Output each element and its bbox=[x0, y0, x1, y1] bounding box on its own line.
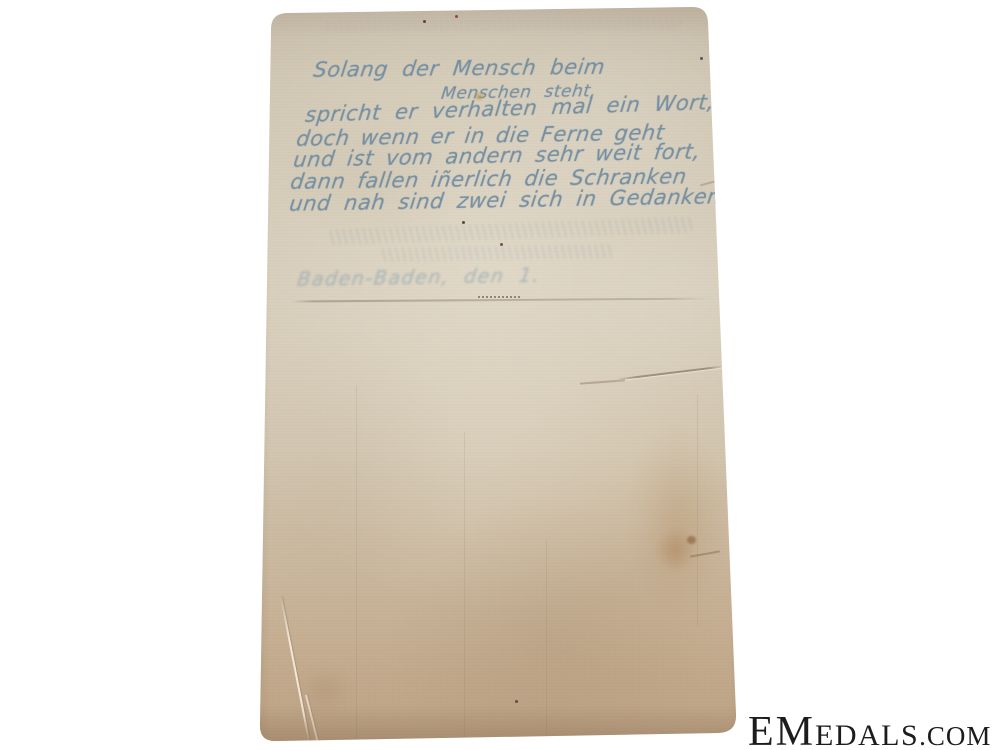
crease-line bbox=[616, 365, 723, 380]
crease-line bbox=[690, 550, 720, 557]
emedals-watermark: EMEDALS.COM bbox=[748, 708, 991, 750]
faint-column-line bbox=[697, 395, 698, 627]
stain bbox=[630, 425, 725, 615]
watermark-text-large: EM bbox=[748, 709, 815, 750]
speck bbox=[515, 700, 518, 703]
stain bbox=[290, 660, 360, 720]
postcard-back: Solang der Mensch beim Menschen steht, s… bbox=[250, 0, 750, 750]
faint-column-line bbox=[464, 432, 465, 744]
crease-line bbox=[305, 695, 320, 749]
faded-handwriting-line bbox=[326, 217, 694, 246]
handwritten-dateline: Baden-Baden, den 1. 45 bbox=[296, 261, 758, 291]
faint-column-line bbox=[546, 540, 547, 746]
watermark-text-small: .COM bbox=[919, 721, 991, 750]
speck bbox=[500, 243, 503, 246]
ruled-line bbox=[292, 298, 710, 302]
faint-column-line bbox=[356, 385, 357, 743]
faded-handwriting-line bbox=[378, 244, 616, 262]
crease-line bbox=[280, 597, 311, 745]
faded-handwriting-line bbox=[322, 18, 682, 31]
speck bbox=[423, 20, 426, 23]
ruled-line-dotted-segment bbox=[478, 296, 520, 298]
crease-line bbox=[580, 379, 625, 384]
watermark-text-mid: EDALS bbox=[815, 719, 919, 750]
speck bbox=[700, 57, 703, 60]
speck bbox=[455, 15, 458, 18]
stain bbox=[687, 536, 696, 544]
photo-stage: Solang der Mensch beim Menschen steht, s… bbox=[0, 0, 1000, 750]
speck bbox=[462, 221, 465, 224]
handwritten-verse-line: Solang der Mensch beim bbox=[312, 55, 607, 82]
stain bbox=[648, 520, 703, 580]
